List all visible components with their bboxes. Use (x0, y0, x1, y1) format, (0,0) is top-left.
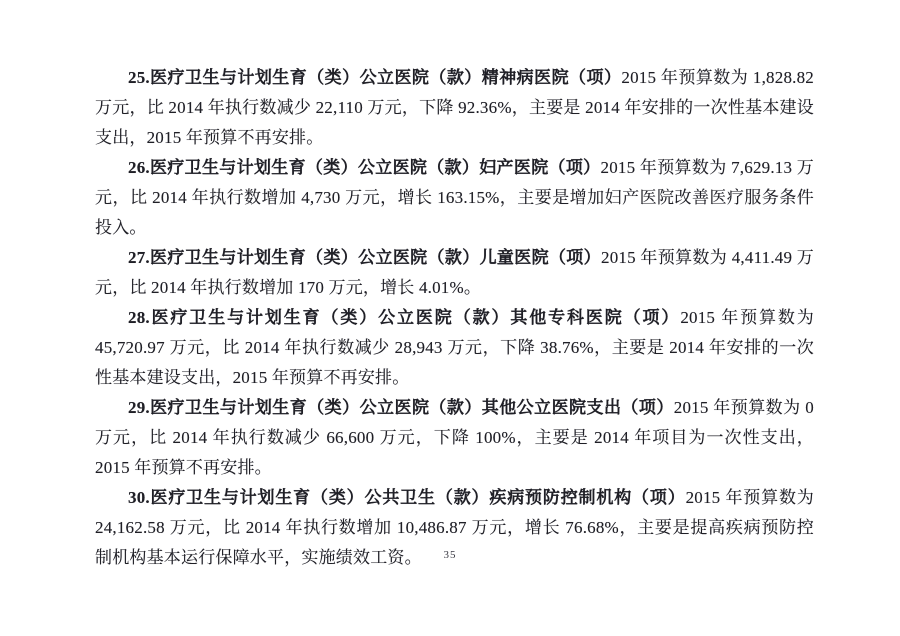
budget-item-25-title: 25.医疗卫生与计划生育（类）公立医院（款）精神病医院（项） (128, 68, 621, 87)
budget-item-28-title: 28.医疗卫生与计划生育（类）公立医院（款）其他专科医院（项） (128, 308, 680, 327)
budget-item-26-title: 26.医疗卫生与计划生育（类）公立医院（款）妇产医院（项） (128, 158, 601, 177)
budget-item-paragraph-29: 29.医疗卫生与计划生育（类）公立医院（款）其他公立医院支出（项）2015 年预… (95, 393, 814, 483)
budget-item-paragraph-26: 26.医疗卫生与计划生育（类）公立医院（款）妇产医院（项）2015 年预算数为 … (95, 153, 814, 243)
page-number: 35 (0, 549, 900, 561)
document-page: 25.医疗卫生与计划生育（类）公立医院（款）精神病医院（项）2015 年预算数为… (0, 0, 900, 636)
budget-item-paragraph-27: 27.医疗卫生与计划生育（类）公立医院（款）儿童医院（项）2015 年预算数为 … (95, 243, 814, 303)
budget-item-27-title: 27.医疗卫生与计划生育（类）公立医院（款）儿童医院（项） (128, 248, 601, 267)
budget-item-paragraph-25: 25.医疗卫生与计划生育（类）公立医院（款）精神病医院（项）2015 年预算数为… (95, 63, 814, 153)
document-body-text: 25.医疗卫生与计划生育（类）公立医院（款）精神病医院（项）2015 年预算数为… (95, 63, 814, 573)
budget-item-paragraph-28: 28.医疗卫生与计划生育（类）公立医院（款）其他专科医院（项）2015 年预算数… (95, 303, 814, 393)
budget-item-30-title: 30.医疗卫生与计划生育（类）公共卫生（款）疾病预防控制机构（项） (128, 488, 686, 507)
budget-item-29-title: 29.医疗卫生与计划生育（类）公立医院（款）其他公立医院支出（项） (128, 398, 674, 417)
